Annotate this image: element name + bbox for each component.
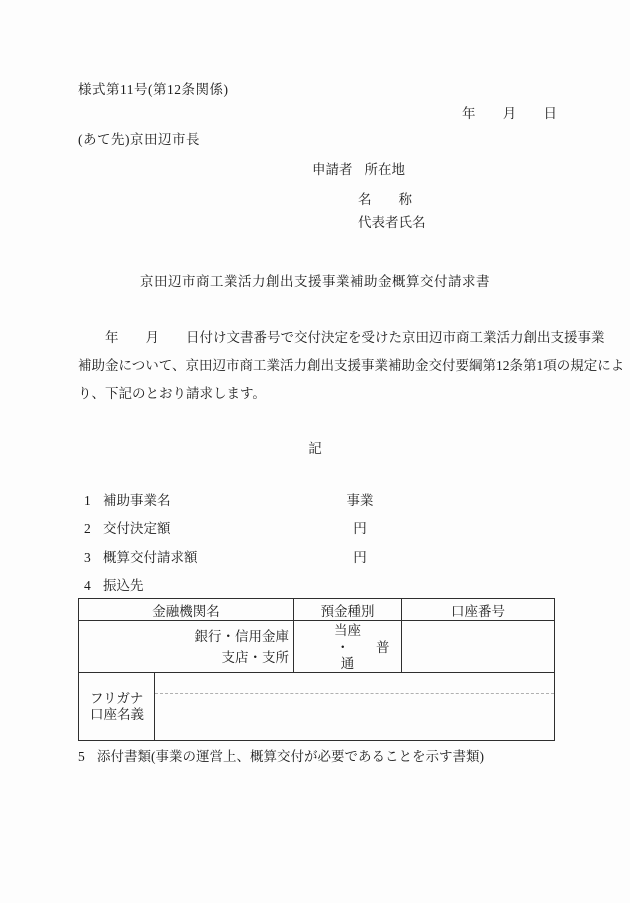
applicant-name-row: 名 称 [358, 188, 412, 208]
deposit-type-dot: ・ [336, 639, 350, 656]
item-value: 円 [330, 520, 390, 538]
header-financial-institution: 金融機関名 [79, 599, 294, 621]
ki-heading: 記 [0, 437, 630, 457]
financial-institution-cell: 銀行・信用金庫 支店・支所 [79, 621, 294, 673]
body-line-3: り、下記のとおり請求します。 [78, 380, 556, 408]
applicant-address-row: 申請者所在地 [312, 158, 405, 178]
deposit-type-cell: 当座 ・ 普 通 [294, 621, 402, 673]
table-bank-row: 銀行・信用金庫 支店・支所 当座 ・ 普 通 [79, 621, 555, 673]
applicant-address-label: 所在地 [365, 162, 406, 177]
applicant-label: 申請者 [312, 162, 353, 177]
date-line: 年 月 日 [462, 102, 557, 122]
branch-office-label: 支店・支所 [222, 646, 290, 666]
deposit-type-line2: ・ 普 [294, 639, 401, 656]
date-month-label: 月 [503, 102, 517, 122]
table-holder-row: フリガナ 口座名義 [79, 673, 555, 741]
item-value: 円 [330, 549, 390, 567]
item-label: 概算交付請求額 [103, 550, 198, 565]
item-number: 3 [84, 549, 103, 567]
bank-account-table: 金融機関名 預金種別 口座番号 銀行・信用金庫 支店・支所 当座 ・ 普 通 [78, 598, 555, 741]
body-line-2: 補助金について、京田辺市商工業活力創出支援事業補助金交付要綱第12条第1項の規定… [78, 352, 556, 380]
furigana-label: フリガナ [90, 691, 154, 707]
account-holder-label-cell: フリガナ 口座名義 [79, 673, 155, 741]
deposit-type-line3: 通 [294, 656, 401, 672]
item-label: 添付書類(事業の運営上、概算交付が必要であることを示す書類) [97, 749, 484, 764]
item-number: 2 [84, 520, 103, 538]
item-label: 交付決定額 [103, 521, 171, 536]
date-day-label: 日 [544, 102, 558, 122]
form-number: 様式第11号(第12条関係) [78, 78, 229, 98]
addressee: (あて先)京田辺市長 [78, 128, 200, 148]
deposit-type-ordinary: 普 [376, 639, 390, 656]
item-number: 5 [78, 748, 97, 766]
item-label: 補助事業名 [103, 493, 171, 508]
item-value: 事業 [330, 492, 390, 510]
date-year-label: 年 [462, 102, 476, 122]
account-holder-name-entry-area [155, 694, 554, 740]
item-grant-decision-amount: 2交付決定額 円 [78, 520, 556, 538]
account-number-cell [402, 621, 555, 673]
body-paragraph: 年 月 日付け文書番号で交付決定を受けた京田辺市商工業活力創出支援事業 補助金に… [78, 324, 556, 408]
applicant-representative-row: 代表者氏名 [358, 211, 426, 231]
item-transfer-destination: 4振込先 [78, 577, 556, 595]
account-holder-name-label: 口座名義 [90, 707, 154, 723]
table-header-row: 金融機関名 預金種別 口座番号 [79, 599, 555, 621]
furigana-entry-area [155, 673, 554, 694]
item-number: 1 [84, 492, 103, 510]
item-estimated-payment-request-amount: 3概算交付請求額 円 [78, 549, 556, 567]
document-page: 様式第11号(第12条関係) 年 月 日 (あて先)京田辺市長 申請者所在地 名… [0, 0, 630, 903]
deposit-type-line1: 当座 [294, 623, 401, 639]
item-subsidy-project-name: 1補助事業名 事業 [78, 492, 556, 510]
header-deposit-type: 預金種別 [294, 599, 402, 621]
item-attached-documents: 5添付書類(事業の運営上、概算交付が必要であることを示す書類) [78, 748, 588, 766]
header-account-number: 口座番号 [402, 599, 555, 621]
document-title: 京田辺市商工業活力創出支援事業補助金概算交付請求書 [0, 270, 630, 290]
account-holder-entry-cell [155, 673, 555, 741]
bank-credit-union-label: 銀行・信用金庫 [195, 625, 290, 645]
item-number: 4 [84, 577, 103, 595]
body-line-1: 年 月 日付け文書番号で交付決定を受けた京田辺市商工業活力創出支援事業 [78, 324, 556, 352]
item-label: 振込先 [103, 578, 144, 593]
